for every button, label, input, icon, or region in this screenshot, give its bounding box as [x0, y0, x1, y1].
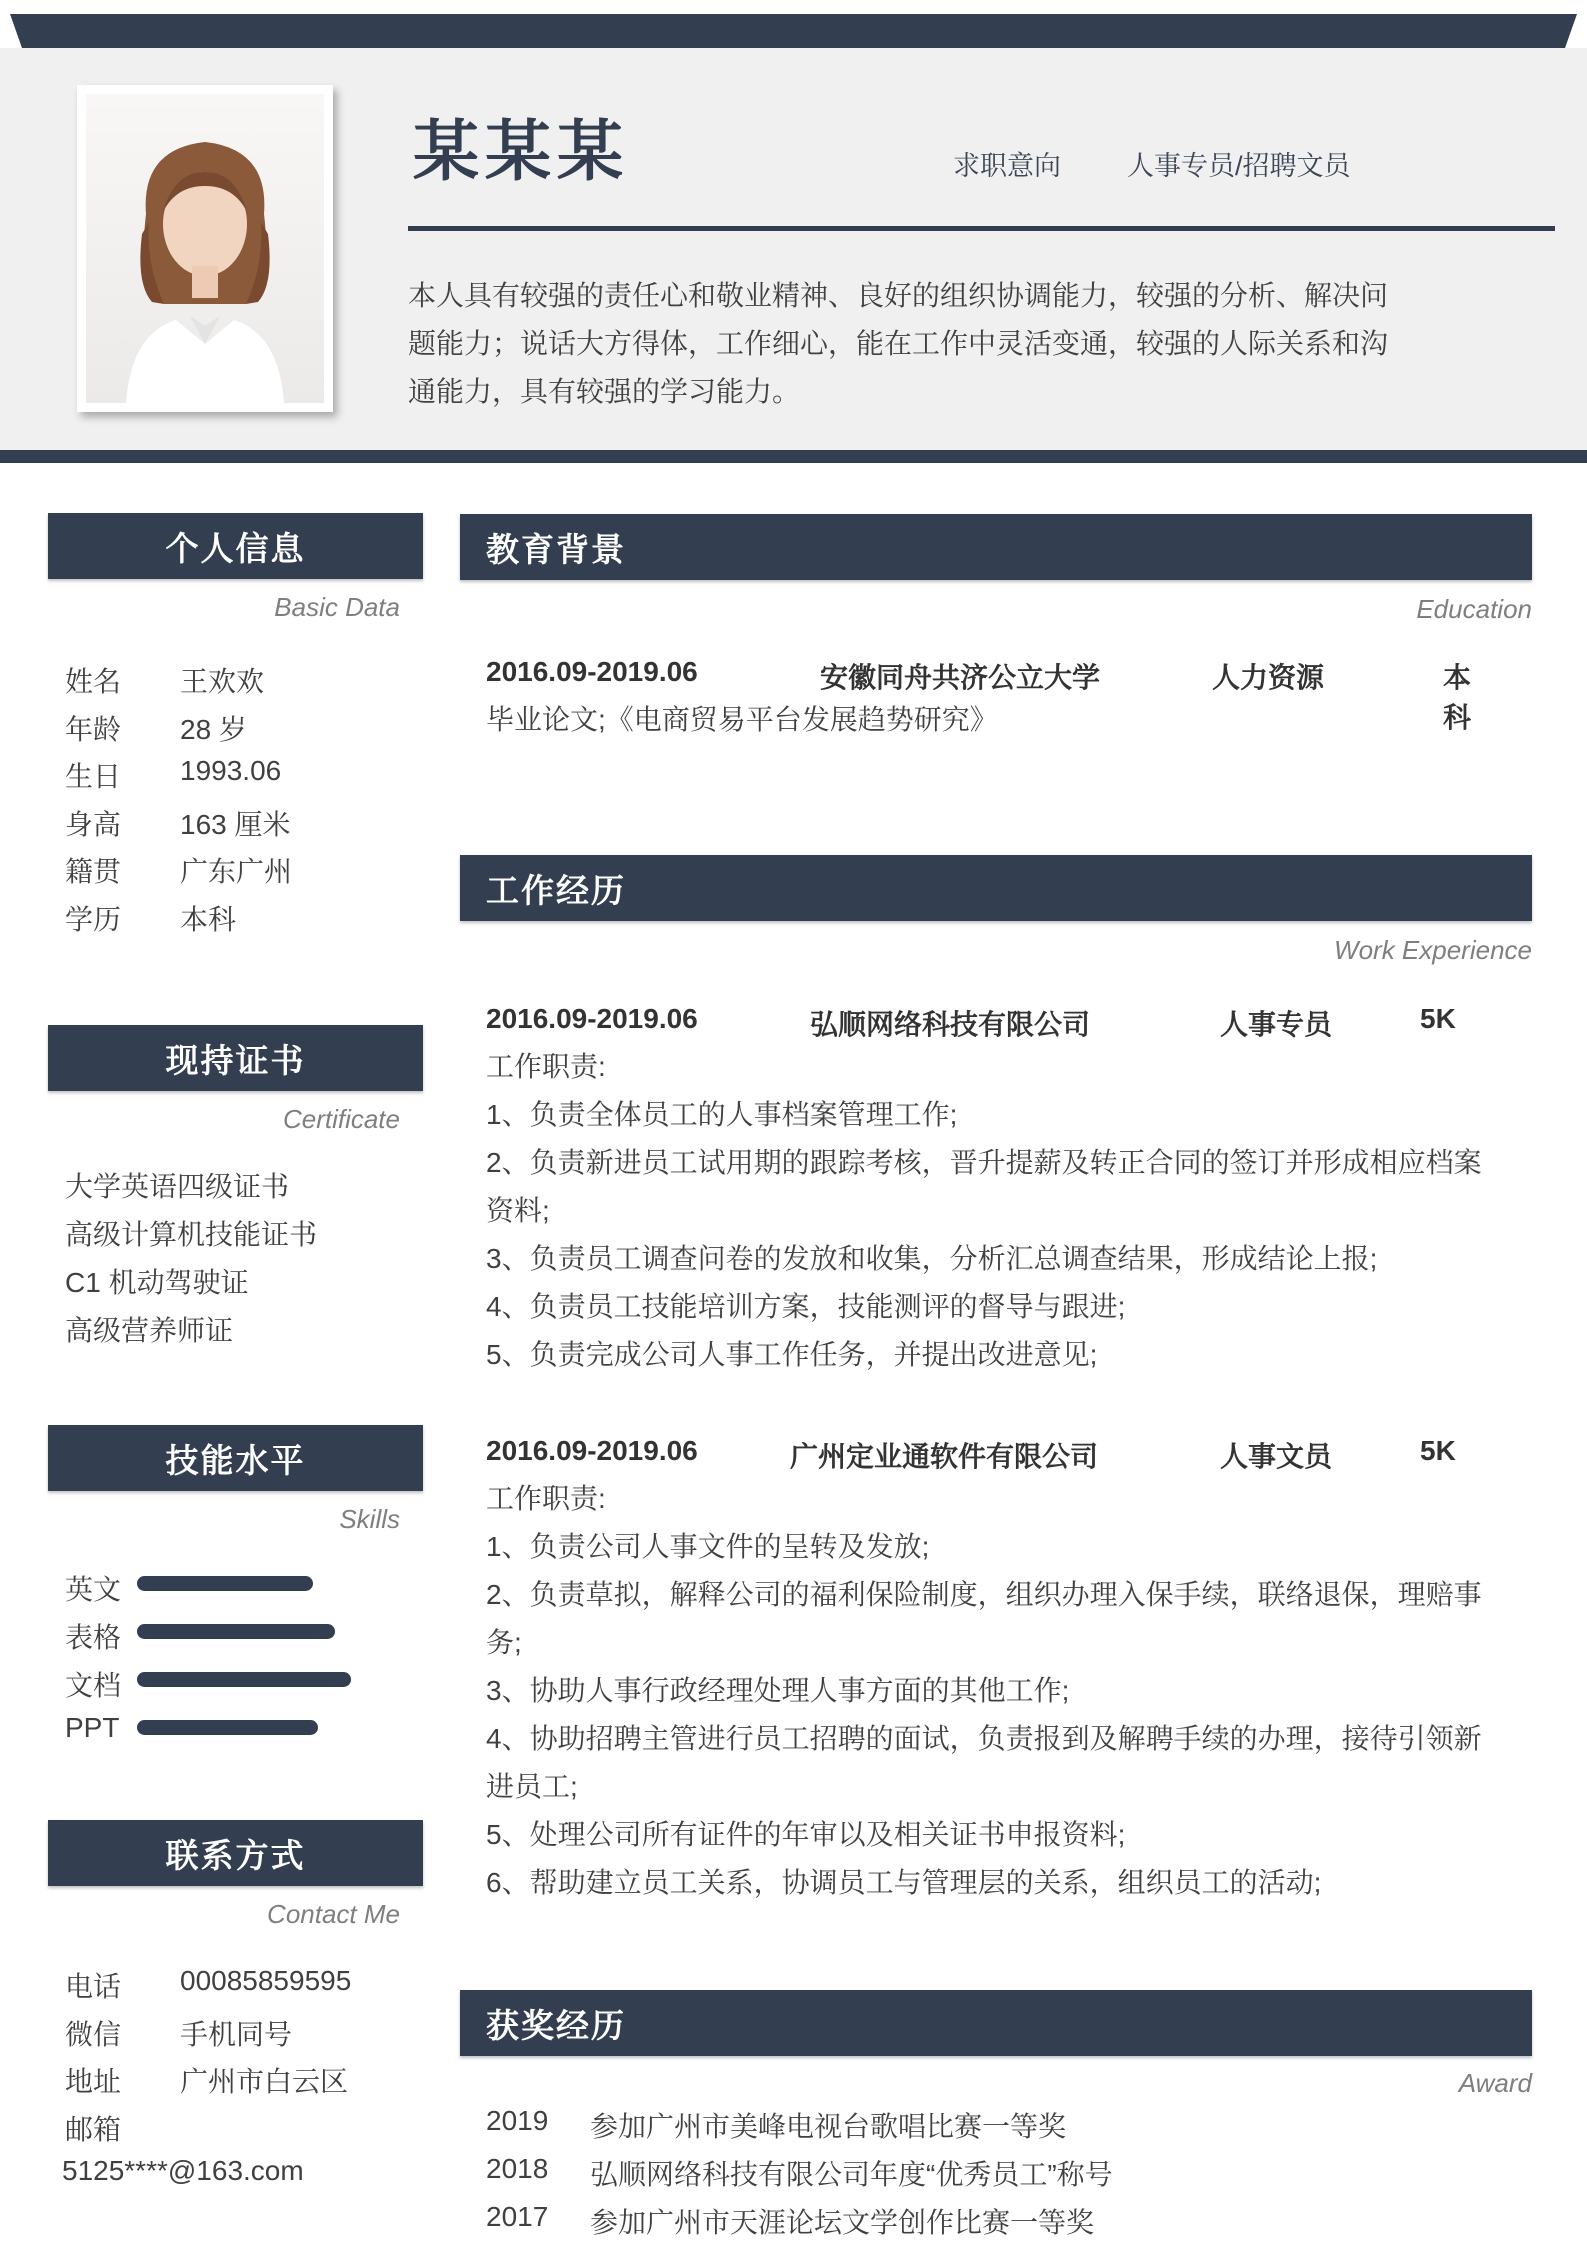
education-thesis: 毕业论文;《电商贸易平台发展趋势研究》 — [486, 696, 1486, 744]
personal-field-row: 生日 1993.06 — [0, 755, 460, 795]
job-header-row: 2016.09-2019.06 广州定业通软件有限公司 人事文员 5K — [486, 1427, 1486, 1475]
field-label: 姓名 — [65, 660, 121, 700]
personal-field-row: 年龄 28 岁 — [0, 708, 460, 748]
section-separator-bar — [0, 450, 1587, 463]
section-subtitle-award: Award — [486, 2068, 1532, 2099]
job-duty: 1、负责全体员工的人事档案管理工作; — [486, 1091, 1486, 1139]
education-entry: 2016.09-2019.06 安徽同舟共济公立大学 人力资源 本科 毕业论文;… — [486, 648, 1486, 744]
field-label: 地址 — [65, 2060, 121, 2100]
skill-level-bar — [137, 1720, 318, 1735]
skill-row: PPT — [0, 1712, 460, 1748]
section-subtitle-work-experience: Work Experience — [486, 935, 1532, 966]
job-duty: 3、协助人事行政经理处理人事方面的其他工作; — [486, 1667, 1486, 1715]
award-year: 2019 — [486, 2105, 548, 2137]
contact-field-row: 邮箱 — [0, 2108, 460, 2148]
award-desc: 参加广州市美峰电视台歌唱比赛一等奖 — [590, 2105, 1066, 2145]
education-header-row: 2016.09-2019.06 安徽同舟共济公立大学 人力资源 本科 — [486, 648, 1486, 696]
education-degree: 本科 — [1443, 656, 1486, 736]
field-label: 电话 — [65, 1965, 121, 2005]
candidate-name: 某某某 — [413, 98, 629, 193]
section-title: 教育背景 — [460, 524, 626, 571]
award-row: 2019 参加广州市美峰电视台歌唱比赛一等奖 — [486, 2105, 1486, 2145]
skill-row: 英文 — [0, 1568, 460, 1604]
award-year: 2018 — [486, 2153, 548, 2185]
award-row: 2017 参加广州市天涯论坛文学创作比赛一等奖 — [486, 2201, 1486, 2241]
section-header-awards: 获奖经历 — [460, 1990, 1532, 2056]
field-value: 广东广州 — [180, 850, 292, 890]
section-title: 现持证书 — [166, 1035, 306, 1082]
section-header-education: 教育背景 — [460, 514, 1532, 580]
section-header-personal-info: 个人信息 — [48, 513, 423, 579]
field-label: 身高 — [65, 803, 121, 843]
field-value: 00085859595 — [180, 1965, 351, 1997]
certificate-item: 高级营养师证 — [65, 1309, 233, 1349]
job-position: 人事文员 — [1220, 1435, 1332, 1475]
education-major: 人力资源 — [1212, 656, 1324, 696]
job-duty-label: 工作职责: — [486, 1043, 1486, 1091]
section-title: 个人信息 — [166, 523, 306, 570]
job-salary: 5K — [1420, 1435, 1456, 1467]
header-divider — [408, 226, 1555, 231]
field-value: 广州市白云区 — [180, 2060, 348, 2100]
job-company: 广州定业通软件有限公司 — [790, 1435, 1098, 1475]
section-title: 联系方式 — [166, 1830, 306, 1877]
skill-label: 英文 — [65, 1568, 121, 1608]
field-value: 1993.06 — [180, 755, 281, 787]
profile-photo — [77, 85, 333, 412]
field-value: 28 岁 — [180, 708, 247, 748]
job-period: 2016.09-2019.06 — [486, 1435, 698, 1467]
field-label: 年龄 — [65, 708, 121, 748]
job-company: 弘顺网络科技有限公司 — [810, 1003, 1090, 1043]
resume-page: 某某某 求职意向 人事专员/招聘文员 本人具有较强的责任心和敬业精神、良好的组织… — [0, 0, 1587, 2245]
job-duty: 2、负责新进员工试用期的跟踪考核，晋升提薪及转正合同的签订并形成相应档案资料; — [486, 1139, 1486, 1235]
job-period: 2016.09-2019.06 — [486, 1003, 698, 1035]
section-subtitle-skills: Skills — [48, 1504, 400, 1535]
job-duty: 3、负责员工调查问卷的发放和收集，分析汇总调查结果，形成结论上报; — [486, 1235, 1486, 1283]
contact-field-row: 电话 00085859595 — [0, 1965, 460, 2005]
section-title: 工作经历 — [460, 865, 626, 912]
contact-field-row: 微信 手机同号 — [0, 2013, 460, 2053]
portrait-illustration — [86, 94, 324, 403]
job-duty: 2、负责草拟，解释公司的福利保险制度，组织办理入保手续，联络退保，理赔事务; — [486, 1571, 1486, 1667]
field-label: 籍贯 — [65, 850, 121, 890]
section-subtitle-certificate: Certificate — [48, 1104, 400, 1135]
job-duty: 4、协助招聘主管进行员工招聘的面试，负责报到及解聘手续的办理，接待引领新进员工; — [486, 1715, 1486, 1811]
skill-label: 文档 — [65, 1664, 121, 1704]
skill-label: PPT — [65, 1712, 119, 1744]
job-entry: 2016.09-2019.06 广州定业通软件有限公司 人事文员 5K 工作职责… — [486, 1427, 1486, 1907]
field-label: 生日 — [65, 755, 121, 795]
job-entry: 2016.09-2019.06 弘顺网络科技有限公司 人事专员 5K 工作职责:… — [486, 995, 1486, 1379]
job-header-row: 2016.09-2019.06 弘顺网络科技有限公司 人事专员 5K — [486, 995, 1486, 1043]
certificate-item: 高级计算机技能证书 — [65, 1213, 317, 1253]
skill-row: 表格 — [0, 1616, 460, 1652]
personal-field-row: 身高 163 厘米 — [0, 803, 460, 843]
award-desc: 参加广州市天涯论坛文学创作比赛一等奖 — [590, 2201, 1094, 2241]
personal-field-row: 姓名 王欢欢 — [0, 660, 460, 700]
section-title: 技能水平 — [166, 1435, 306, 1482]
section-header-skills: 技能水平 — [48, 1425, 423, 1491]
job-salary: 5K — [1420, 1003, 1456, 1035]
section-subtitle-basic-data: Basic Data — [48, 592, 400, 623]
job-position: 人事专员 — [1220, 1003, 1332, 1043]
section-header-certificates: 现持证书 — [48, 1025, 423, 1091]
top-accent-bar — [0, 14, 1587, 48]
personal-field-row: 学历 本科 — [0, 898, 460, 938]
field-label: 学历 — [65, 898, 121, 938]
skill-row: 文档 — [0, 1664, 460, 1700]
field-value: 王欢欢 — [180, 660, 264, 700]
job-duty-label: 工作职责: — [486, 1475, 1486, 1523]
certificate-item: C1 机动驾驶证 — [65, 1261, 249, 1301]
skill-level-bar — [137, 1576, 313, 1591]
education-period: 2016.09-2019.06 — [486, 656, 698, 688]
field-label: 微信 — [65, 2013, 121, 2053]
award-desc: 弘顺网络科技有限公司年度“优秀员工”称号 — [590, 2153, 1113, 2193]
skill-label: 表格 — [65, 1616, 121, 1656]
section-subtitle-contact-me: Contact Me — [48, 1899, 400, 1930]
skill-level-bar — [137, 1672, 351, 1687]
job-duty: 5、负责完成公司人事工作任务，并提出改进意见; — [486, 1331, 1486, 1379]
section-header-work: 工作经历 — [460, 855, 1532, 921]
section-title: 获奖经历 — [460, 2000, 626, 2047]
job-duty: 5、处理公司所有证件的年审以及相关证书申报资料; — [486, 1811, 1486, 1859]
education-school: 安徽同舟共济公立大学 — [820, 656, 1100, 696]
objective-value: 人事专员/招聘文员 — [1127, 144, 1351, 183]
certificate-item: 大学英语四级证书 — [65, 1165, 289, 1205]
field-label: 邮箱 — [65, 2108, 121, 2148]
contact-field-row: 地址 广州市白云区 — [0, 2060, 460, 2100]
field-value: 163 厘米 — [180, 803, 291, 843]
award-row: 2018 弘顺网络科技有限公司年度“优秀员工”称号 — [486, 2153, 1486, 2193]
contact-email: 5125****@163.com — [62, 2155, 304, 2187]
section-header-contact: 联系方式 — [48, 1820, 423, 1886]
skill-level-bar — [137, 1624, 335, 1639]
award-year: 2017 — [486, 2201, 548, 2233]
self-summary: 本人具有较强的责任心和敬业精神、良好的组织协调能力，较强的分析、解决问题能力；说… — [408, 272, 1408, 416]
job-duty: 6、帮助建立员工关系，协调员工与管理层的关系，组织员工的活动; — [486, 1859, 1486, 1907]
job-duty: 4、负责员工技能培训方案，技能测评的督导与跟进; — [486, 1283, 1486, 1331]
field-value: 本科 — [180, 898, 236, 938]
personal-field-row: 籍贯 广东广州 — [0, 850, 460, 890]
objective-label: 求职意向 — [953, 144, 1061, 183]
field-value: 手机同号 — [180, 2013, 292, 2053]
section-subtitle-education: Education — [486, 594, 1532, 625]
job-duty: 1、负责公司人事文件的呈转及发放; — [486, 1523, 1486, 1571]
